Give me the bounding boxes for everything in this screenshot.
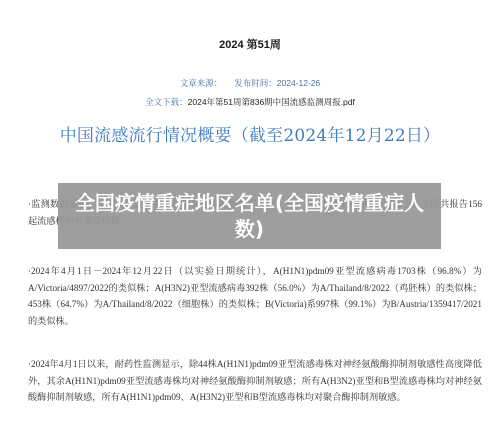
article-meta: 文章来源：发布时间：2024-12-26 [0, 77, 500, 89]
download-file-link[interactable]: 2024年第51周第836期中国流感监测周报.pdf [188, 97, 355, 107]
title-overlay-banner: 全国疫情重症地区名单(全国疫情重症人数) [58, 183, 441, 249]
publish-label: 发布时间： [234, 78, 277, 88]
overlay-title: 全国疫情重症地区名单(全国疫情重症人数) [70, 190, 430, 242]
paragraph-drug-resistance: ·2024年4月1日以来，耐药性监测显示，除44株A(H1N1)pdm09亚型流… [28, 356, 482, 406]
download-label: 全文下载： [145, 97, 188, 107]
download-line: 全文下载：2024年第51周第836期中国流感监测周报.pdf [0, 96, 500, 108]
source-label: 文章来源： [180, 78, 223, 88]
publish-date: 2024-12-26 [277, 78, 320, 88]
main-heading: 中国流感流行情况概要（截至2024年12月22日） [0, 121, 500, 146]
week-title: 2024 第51周 [0, 36, 500, 52]
paragraph-strain-analysis: ·2024年4月1日－2024年12月22日（以实验日期统计），A(H1N1)p… [28, 263, 482, 329]
